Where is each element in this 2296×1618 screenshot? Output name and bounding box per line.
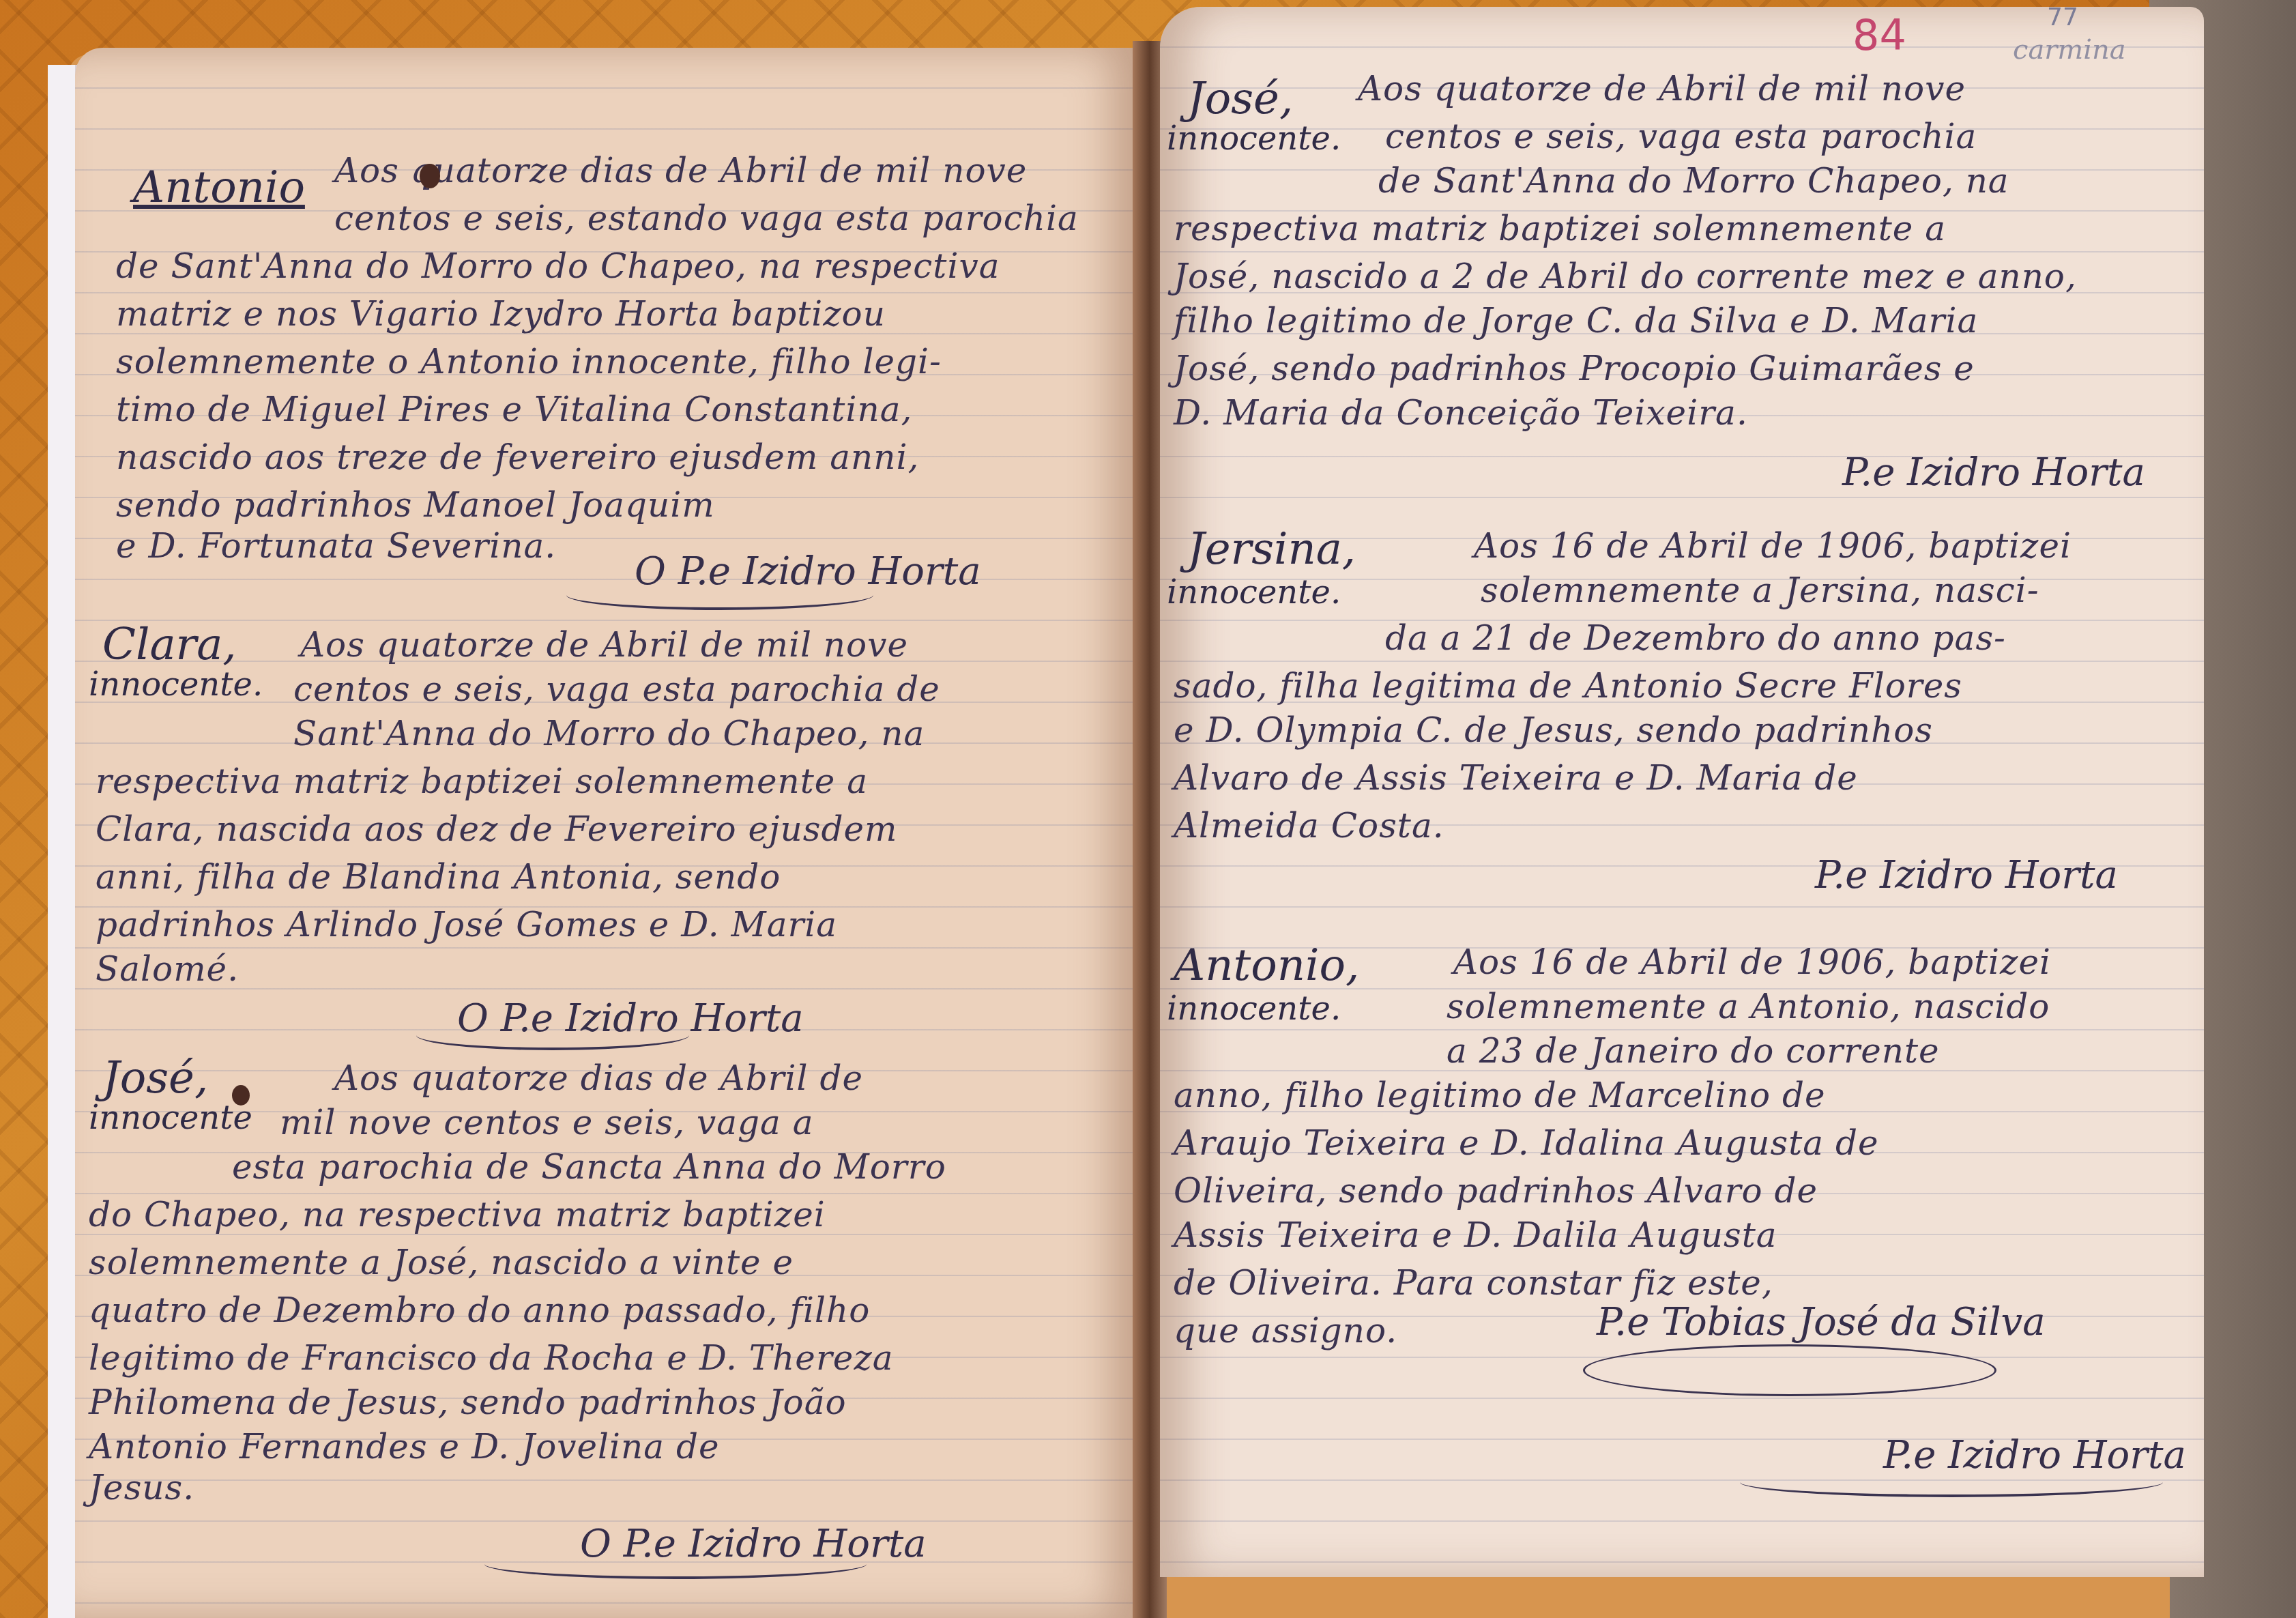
folio-number-red: 84 (1852, 10, 1906, 60)
pencil-note: carmina (2013, 34, 2126, 66)
entry-line: e D. Fortunata Severina. (116, 525, 556, 566)
signature-flourish (416, 1020, 689, 1050)
entry-line: solemnemente a Jersina, nasci- (1481, 570, 2039, 611)
entry-line: solemnemente o Antonio innocente, filho … (116, 341, 942, 382)
entry-line: Aos quatorze de Abril de mil nove (1358, 68, 1966, 109)
entry-line: de Sant'Anna do Morro do Chapeo, na resp… (116, 246, 1000, 287)
entry-line: solemnemente a José, nascido a vinte e (89, 1242, 794, 1283)
entry-line: D. Maria da Conceição Teixeira. (1174, 392, 1748, 433)
entry-line: José, sendo padrinhos Procopio Guimarães… (1174, 348, 1975, 389)
entry-line: esta parochia de Sancta Anna do Morro (232, 1146, 946, 1187)
entry-line: Aos 16 de Abril de 1906, baptizei (1474, 525, 2072, 566)
entry-name: Jersina, (1187, 525, 1356, 573)
entry-name: Antonio (133, 164, 305, 212)
entry-line: que assigno. (1174, 1310, 1397, 1351)
entry-line: respectiva matriz baptizei solemnemente … (1174, 208, 1946, 249)
folio-number-pencil: 77 (2047, 7, 2078, 31)
entry-line: mil nove centos e seis, vaga a (280, 1102, 814, 1143)
signature-flourish (1583, 1344, 1996, 1396)
priest-signature: P.e Izidro Horta (1815, 853, 2118, 897)
entry-line: Assis Teixeira e D. Dalila Augusta (1174, 1215, 1777, 1256)
entry-line: matriz e nos Vigario Izydro Horta baptiz… (116, 293, 886, 334)
entry-line: centos e seis, vaga esta parochia de (293, 669, 940, 710)
entry-line: anno, filho legitimo de Marcelino de (1174, 1075, 1826, 1116)
entry-line: Aos quatorze dias de Abril de (334, 1058, 863, 1099)
signature-flourish (566, 580, 873, 610)
signature-flourish (484, 1549, 867, 1579)
entry-line: sendo padrinhos Manoel Joaquim (116, 485, 715, 525)
entry-line: solemnemente a Antonio, nascido (1447, 986, 2050, 1027)
entry-name: Clara, (102, 621, 237, 669)
entry-status: innocente. (1167, 573, 1341, 611)
entry-line: centos e seis, vaga esta parochia (1385, 116, 1977, 157)
entry-line: Oliveira, sendo padrinhos Alvaro de (1174, 1170, 1818, 1211)
entry-line: timo de Miguel Pires e Vitalina Constant… (116, 389, 912, 430)
entry-line: e D. Olympia C. de Jesus, sendo padrinho… (1174, 710, 1933, 751)
entry-line: respectiva matriz baptizei solemnemente … (96, 761, 868, 802)
entry-line: padrinhos Arlindo José Gomes e D. Maria (96, 904, 837, 945)
entry-line: legitimo de Francisco da Rocha e D. Ther… (89, 1338, 894, 1378)
entry-line: a 23 de Janeiro do corrente (1447, 1030, 1940, 1071)
entry-line: de Sant'Anna do Morro Chapeo, na (1378, 160, 2009, 201)
witness-signature: P.e Tobias José da Silva (1597, 1300, 2046, 1344)
entry-line: Salomé. (96, 949, 239, 989)
left-page: Antonio Aos quatorze dias de Abril de mi… (75, 48, 1139, 1618)
entry-line: de Oliveira. Para constar fiz este, (1174, 1262, 1773, 1303)
entry-line: do Chapeo, na respectiva matriz baptizei (89, 1194, 826, 1235)
entry-line: sado, filha legitima de Antonio Secre Fl… (1174, 665, 1962, 706)
ink-stain (232, 1085, 250, 1106)
entry-status: innocente. (1167, 119, 1341, 158)
signature-flourish (1740, 1467, 2163, 1497)
entry-line: filho legitimo de Jorge C. da Silva e D.… (1174, 300, 1978, 341)
entry-line: Araujo Teixeira e D. Idalina Augusta de (1174, 1123, 1879, 1164)
entry-status: innocente. (89, 665, 263, 704)
entry-line: da a 21 de Dezembro do anno pas- (1385, 618, 2006, 659)
entry-line: José, nascido a 2 de Abril do corrente m… (1174, 256, 2077, 297)
entry-name: José, (1187, 75, 1293, 123)
entry-line: Aos 16 de Abril de 1906, baptizei (1453, 942, 2051, 983)
entry-name: José, (102, 1054, 208, 1102)
entry-line: Philomena de Jesus, sendo padrinhos João (89, 1382, 847, 1423)
book-cover-edge (48, 65, 77, 1618)
entry-status: innocente. (1167, 989, 1341, 1028)
entry-line: Clara, nascida aos dez de Fevereiro ejus… (96, 809, 897, 850)
entry-line: anni, filha de Blandina Antonia, sendo (96, 856, 781, 897)
entry-line: Antonio Fernandes e D. Jovelina de (89, 1426, 720, 1467)
entry-line: nascido aos treze de fevereiro ejusdem a… (116, 437, 919, 478)
entry-line: centos e seis, estando vaga esta parochi… (334, 198, 1079, 239)
entry-line: quatro de Dezembro do anno passado, filh… (89, 1290, 870, 1331)
entry-name: Antonio, (1174, 942, 1359, 989)
entry-line: Sant'Anna do Morro do Chapeo, na (293, 713, 925, 754)
entry-status: innocente (89, 1099, 252, 1137)
priest-signature: P.e Izidro Horta (1842, 450, 2145, 495)
ink-stain (420, 164, 440, 188)
entry-line: Almeida Costa. (1174, 805, 1444, 846)
entry-line: Jesus. (89, 1467, 194, 1508)
entry-line: Alvaro de Assis Teixeira e D. Maria de (1174, 757, 1858, 798)
entry-line: Aos quatorze de Abril de mil nove (300, 624, 908, 665)
right-page: 84 77 carmina José, innocente. Aos quato… (1160, 7, 2204, 1577)
